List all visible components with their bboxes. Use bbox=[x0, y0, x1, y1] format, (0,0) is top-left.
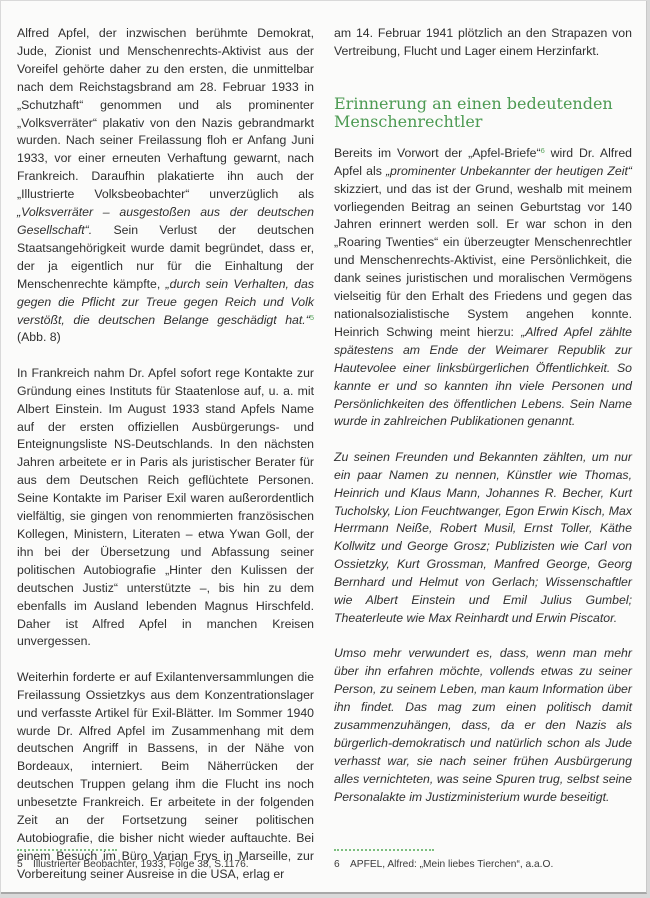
document-page: Alfred Apfel, der inzwischen berühmte De… bbox=[1, 1, 647, 894]
footnote-separator bbox=[334, 849, 434, 851]
section-heading: Erinnerung an einen bedeutenden Menschen… bbox=[334, 95, 632, 131]
footnote-number: 5 bbox=[17, 859, 33, 870]
paragraph-france-exile: In Frankreich nahm Dr. Apfel sofort rege… bbox=[17, 365, 314, 652]
footnote-area-left: 5Illustrierter Beobachter, 1933, Folge 3… bbox=[17, 849, 249, 870]
quote-prominenter: „prominenter Unbekannter der heutigen Ze… bbox=[386, 164, 632, 178]
paragraph-deportation: Alfred Apfel, der inzwischen berühmte De… bbox=[17, 25, 314, 347]
left-column: Alfred Apfel, der inzwischen berühmte De… bbox=[17, 25, 314, 884]
paragraph-remembrance: Bereits im Vorwort der „Apfel-Briefe“6 w… bbox=[334, 145, 632, 432]
quote-schwing: „Alfred Apfel zählte spätestens am Ende … bbox=[334, 325, 632, 429]
footnote-text: Illustrierter Beobachter, 1933, Folge 38… bbox=[33, 859, 249, 870]
paragraph-continuation: am 14. Februar 1941 plötzlich an den Str… bbox=[334, 25, 632, 61]
right-column: am 14. Februar 1941 plötzlich an den Str… bbox=[334, 25, 632, 807]
footnote-6: 6APFEL, Alfred: „Mein liebes Tierchen“, … bbox=[334, 859, 553, 870]
footnote-text: APFEL, Alfred: „Mein liebes Tierchen“, a… bbox=[350, 859, 553, 870]
paragraph-erasure: Umso mehr verwundert es, dass, wenn man … bbox=[334, 645, 632, 806]
figure-ref: (Abb. 8) bbox=[17, 330, 61, 344]
footnote-number: 6 bbox=[334, 859, 350, 870]
footnote-ref-5[interactable]: 5 bbox=[310, 313, 314, 322]
footnote-5: 5Illustrierter Beobachter, 1933, Folge 3… bbox=[17, 859, 249, 870]
text-segment: Bereits im Vorwort der „Apfel-Briefe“ bbox=[334, 146, 541, 160]
paragraph-friends: Zu seinen Freunden und Bekannten zählten… bbox=[334, 449, 632, 628]
text-segment: Alfred Apfel, der inzwischen berühmte De… bbox=[17, 26, 314, 201]
footnote-separator bbox=[17, 849, 117, 851]
footnote-area-right: 6APFEL, Alfred: „Mein liebes Tierchen“, … bbox=[334, 849, 553, 870]
text-segment: skizziert, und das ist der Grund, weshal… bbox=[334, 182, 632, 339]
